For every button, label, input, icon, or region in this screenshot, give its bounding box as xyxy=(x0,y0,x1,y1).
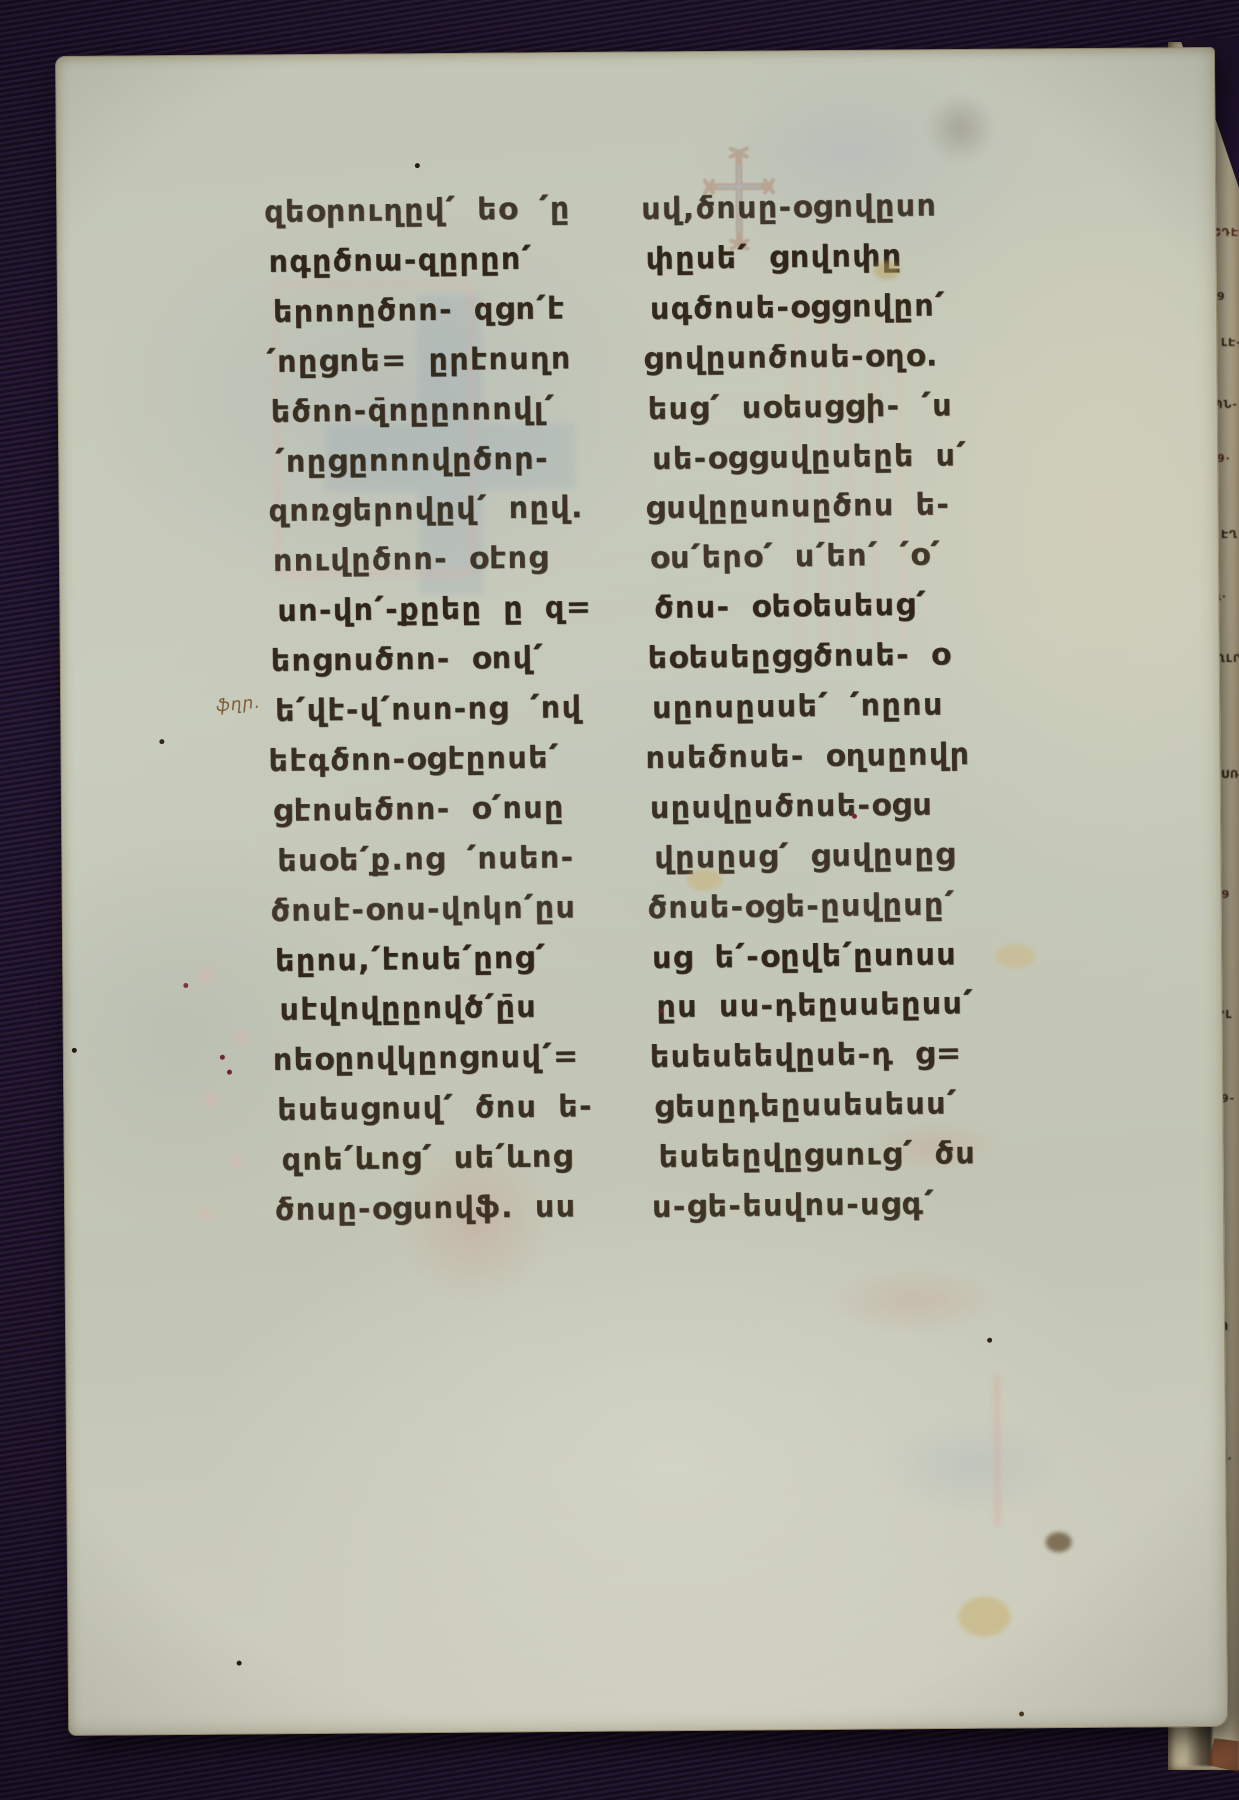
ink-speck xyxy=(220,1055,225,1060)
stain xyxy=(1046,1532,1072,1552)
ink-speck xyxy=(415,163,420,168)
text-line: ՛ոըցոե= ըրէոսղո xyxy=(266,341,572,380)
margin-band-ghost xyxy=(175,928,277,1239)
text-line: սգծ̄ոսե-օցցովըո՛ xyxy=(650,288,946,327)
text-line: երոոըծ̄ոո- զցո՛է xyxy=(273,291,566,330)
text-line: ս-ցե-եսվոս-սցգ՛ xyxy=(652,1187,935,1225)
text-line: սըսվըսծ̄ոսե-օցս xyxy=(650,787,934,825)
text-line: եծ̄ոո-զ̄ոըըոոովլ՛ xyxy=(271,391,556,429)
text-line: ե՛վէ-վ՛ոսո-ոց ՛ով xyxy=(275,690,583,729)
ink-speck xyxy=(658,1008,663,1013)
text-line: ցովըսոծ̄ոսե-օղօ. xyxy=(643,338,939,377)
text-line: ՛ոըցըոոովըծ̄որ- xyxy=(275,441,549,479)
stain-layer xyxy=(55,47,1215,56)
stain xyxy=(995,944,1035,968)
text-line: եսօե՛ք.ոց ՛ոսեո- xyxy=(277,840,575,879)
blue-text-ghost xyxy=(851,1400,1092,1532)
text-line: սէվովըըովծ՛ը̄ս xyxy=(279,990,537,1028)
parchment-page: զեօրուղըվ՛ եօ ՛ըոգըծ̄ոա-զըրըո՛երոոըծ̄ոո-… xyxy=(55,47,1228,1736)
text-line: եսց՛ սօեսցցի- ՛ս xyxy=(648,388,954,427)
text-line: օս՛երօ՛ ս՛եո՛ ՛օ՛ xyxy=(650,538,942,577)
text-line: եսեսեեվըսե-դ ց= xyxy=(650,1037,963,1076)
fore-edge-fragment: 9 xyxy=(1217,290,1226,303)
ink-speck xyxy=(237,1661,242,1666)
stain xyxy=(686,869,722,891)
text-line: զոռցերովըվ՛ ոըվ. xyxy=(268,491,584,530)
ink-speck xyxy=(1019,1711,1024,1716)
fore-edge-fragment: 9· xyxy=(1217,452,1231,465)
text-line: եոցոսծ̄ոո- օով՛ xyxy=(271,641,545,679)
text-line: զեօրուղըվ՛ եօ ՛ը xyxy=(264,191,571,230)
text-line: ոեօըովկըոցոսվ՛= xyxy=(273,1040,580,1079)
showthrough-ghosts xyxy=(55,47,1215,56)
text-line: զոե՛ևոց՛ սե՛ևոց xyxy=(281,1139,573,1178)
text-line: ոգըծ̄ոա-զըրըո՛ xyxy=(268,242,532,280)
grey-smudge-ghost xyxy=(912,81,1008,177)
fore-edge-fragment: ՇԴԷ xyxy=(1213,226,1239,239)
fore-edge-fragment: ՍՌ- xyxy=(1221,768,1239,781)
text-line: սե-օցցսվըսեըե ս՛ xyxy=(652,438,967,477)
text-line: եօեսեըցցծ̄ոսե- օ xyxy=(648,637,952,676)
ink-speck xyxy=(159,739,164,744)
fore-edge-fragment: ՂԼՐ xyxy=(1217,652,1239,665)
text-line: սըոսըսսե՛ ՛ոըոս xyxy=(652,687,944,726)
ink-speck xyxy=(987,1338,992,1343)
manuscript-photo: ՇԴԷ9ԼԷ-ՊՆ-9·ԷՂՂ·ՂԼՐՍՌ-Տ9ՐԼ9-ԼՈՊ· զեօրուղ… xyxy=(0,0,1239,1800)
pink-flourish-ghost xyxy=(994,1375,1011,1525)
text-line: եըոս,՛էոսե՛ըոց՛ xyxy=(275,940,547,978)
ink-speck xyxy=(72,1048,77,1053)
text-line: ծ̄ոս- օեօեսեսց՛ xyxy=(654,588,927,626)
marginal-note: ֆղր. xyxy=(215,693,261,717)
ink-speck xyxy=(227,1070,232,1075)
text-line: ծ̄ոսը-օցսովֆ. սս xyxy=(275,1189,577,1228)
stain xyxy=(958,1597,1010,1637)
text-line: եէգծ̄ոո-օցէըոսե՛ xyxy=(268,740,559,779)
stain xyxy=(874,261,900,279)
text-line: սց ե՛-օըվե՛ըսոսս xyxy=(652,937,957,976)
text-line: ցէոսեծ̄ոո- օ՛ոսը xyxy=(273,790,565,829)
text-line: ըս սս-դեըսսեըսս՛ xyxy=(656,987,974,1026)
text-line: ծ̄ոսե-օցե-ըսվըսը՛ xyxy=(647,887,955,926)
ink-speck xyxy=(852,814,857,819)
text-line: ոսեծ̄ոսե- օղսըովր xyxy=(645,737,970,776)
text-line: ծ̄ոսէ-օոս-վոկո՛ըս xyxy=(271,890,577,929)
text-line: սվ,ծ̄ոսը-օցովըսո xyxy=(641,188,937,227)
text-line: սո-վո՛-քըեը ը զ= xyxy=(277,590,592,629)
text-line: ցեսըդեըսսեսեսս՛ xyxy=(654,1086,958,1125)
fore-edge-fragment: ԼԷ- xyxy=(1221,336,1239,349)
ink-speck xyxy=(183,983,188,988)
red-text-ghost xyxy=(797,1254,1028,1346)
text-line: փըսե՛ ցովոփը xyxy=(645,239,902,277)
text-line: ցսվըըսոսըծ̄ոս ե- xyxy=(645,488,950,527)
text-line: եսեեըվըցսուց՛ ծ̄ս xyxy=(658,1136,976,1175)
fore-edge-fragment: ԷՂ xyxy=(1221,528,1238,541)
text-line: ոուվըծ̄ոո- օէոց xyxy=(273,541,550,579)
text-line: եսեսցոսվ՛ ծ̄ոս ե- xyxy=(277,1089,593,1128)
